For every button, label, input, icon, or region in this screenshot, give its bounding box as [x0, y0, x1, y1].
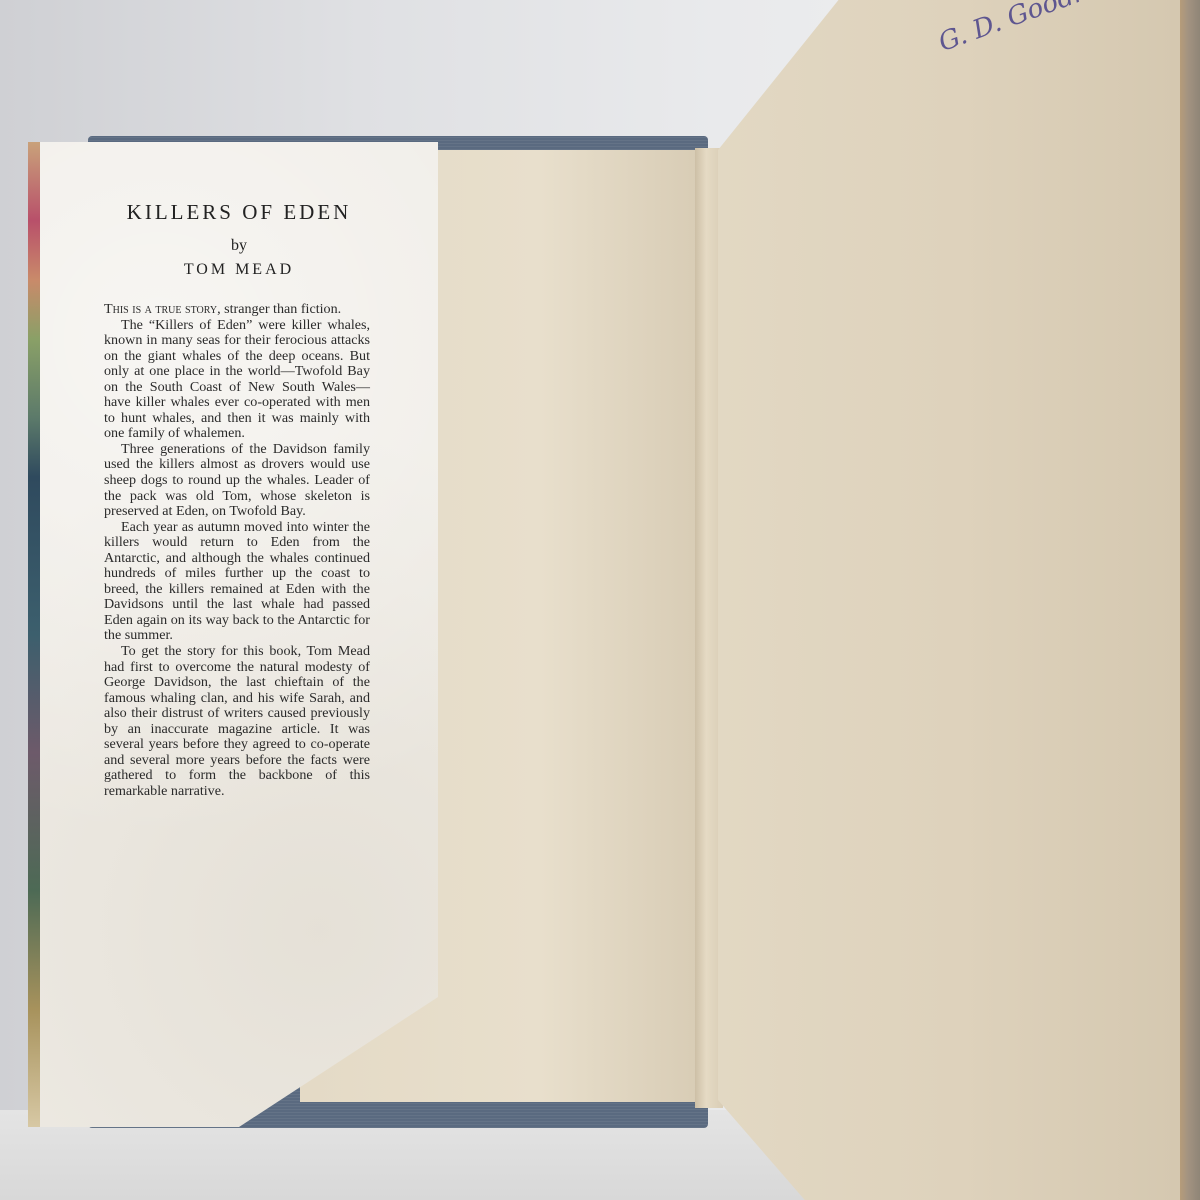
free-endpaper — [718, 0, 1200, 1200]
blurb-paragraph: The “Killers of Eden” were killer whales… — [104, 318, 370, 442]
blurb-paragraph: This is a true story, stranger than fict… — [104, 302, 370, 318]
blurb-paragraph: Three generations of the Davidson family… — [104, 442, 370, 520]
flap-title: KILLERS OF EDEN — [40, 200, 438, 225]
blurb-paragraph: Each year as autumn moved into winter th… — [104, 520, 370, 644]
jacket-spine-edge — [28, 142, 42, 1127]
flap-author: TOM MEAD — [40, 261, 438, 279]
flap-by: by — [40, 237, 438, 255]
page-edge — [1180, 0, 1200, 1200]
blurb-lead: This is a true story — [104, 301, 217, 317]
blurb-paragraph: To get the story for this book, Tom Mead… — [104, 644, 370, 799]
flap-blurb: This is a true story, stranger than fict… — [104, 302, 370, 800]
